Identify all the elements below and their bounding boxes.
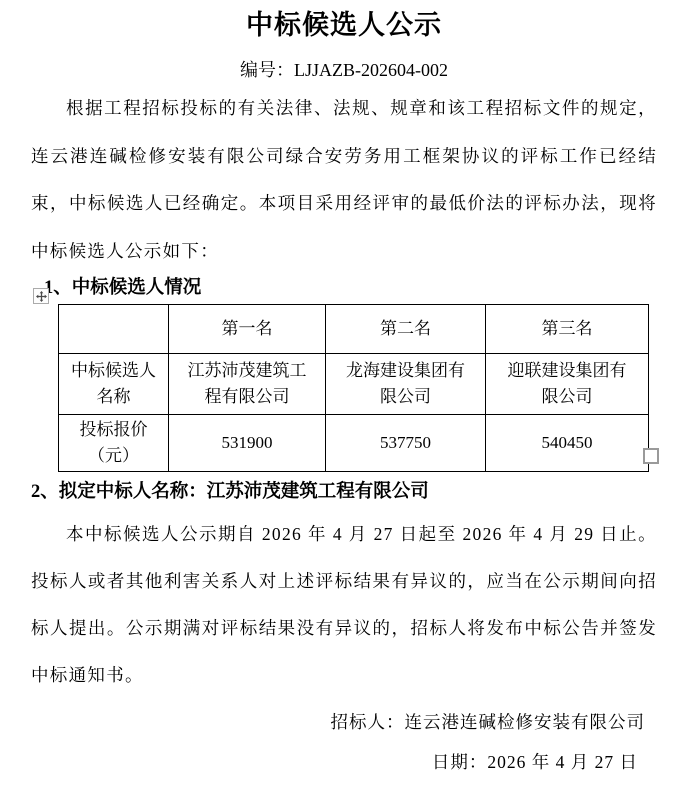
table-cell-candidate-3: 迎联建设集团有限公司 xyxy=(486,354,649,415)
header-cell-rank-3: 第三名 xyxy=(486,305,649,354)
section-2-heading: 2、拟定中标人名称：江苏沛茂建筑工程有限公司 xyxy=(31,479,688,505)
notice-paragraph: 本中标候选人公示期自 2026 年 4 月 27 日起至 2026 年 4 月 … xyxy=(31,511,657,699)
table-cell-price-1: 531900 xyxy=(169,415,326,472)
table-cell-price-3: 540450 xyxy=(486,415,649,472)
header-cell-rank-1: 第一名 xyxy=(169,305,326,354)
table-cell-candidate-2: 龙海建设集团有限公司 xyxy=(326,354,486,415)
move-cross-icon xyxy=(36,291,47,302)
table-cell-candidate-1: 江苏沛茂建筑工程有限公司 xyxy=(169,354,326,415)
header-cell-empty xyxy=(59,305,169,354)
row-label-bid-price: 投标报价（元） xyxy=(59,415,169,472)
announcement-date: 日期：2026 年 4 月 27 日 xyxy=(0,745,638,779)
document-page: 中标候选人公示 编号：LJJAZB-202604-002 根据工程招标投标的有关… xyxy=(0,0,688,788)
table-row-bid-price: 投标报价（元） 531900 537750 540450 xyxy=(59,415,649,472)
table-move-handle[interactable] xyxy=(33,288,49,304)
page-title: 中标候选人公示 xyxy=(0,0,688,44)
table-header-row: 第一名 第二名 第三名 xyxy=(59,305,649,354)
table-resize-handle[interactable] xyxy=(643,448,659,464)
table-row-candidate-names: 中标候选人名称 江苏沛茂建筑工程有限公司 龙海建设集团有限公司 迎联建设集团有限… xyxy=(59,354,649,415)
candidate-table: 第一名 第二名 第三名 中标候选人名称 江苏沛茂建筑工程有限公司 龙海建设集团有… xyxy=(58,304,649,472)
header-cell-rank-2: 第二名 xyxy=(326,305,486,354)
section-1-heading: 1、中标候选人情况 xyxy=(44,275,688,301)
tenderer-signature: 招标人：连云港连碱检修安装有限公司 xyxy=(0,705,645,739)
table-cell-price-2: 537750 xyxy=(326,415,486,472)
intro-paragraph: 根据工程招标投标的有关法律、法规、规章和该工程招标文件的规定，连云港连碱检修安装… xyxy=(31,85,657,275)
row-label-candidate-name: 中标候选人名称 xyxy=(59,354,169,415)
doc-number: 编号：LJJAZB-202604-002 xyxy=(0,58,688,83)
